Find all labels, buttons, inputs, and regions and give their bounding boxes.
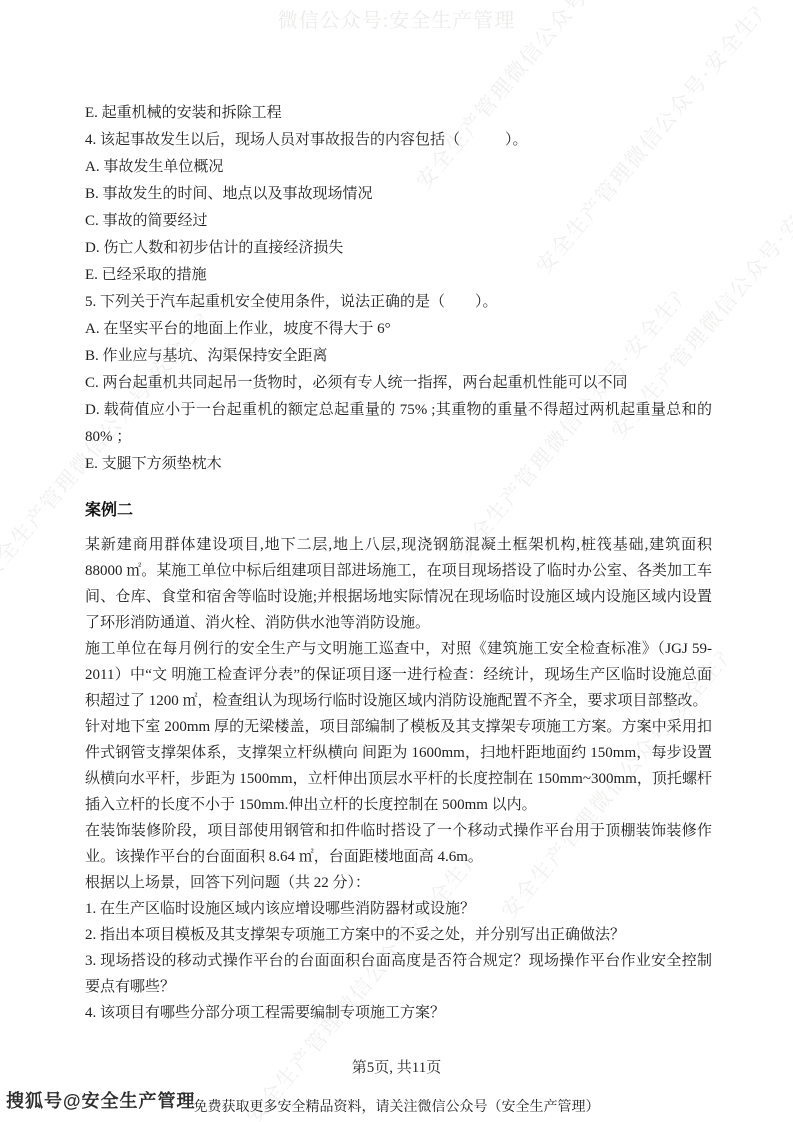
option-line: D. 载荷值应小于一台起重机的额定总起重量的 75% ;其重物的重量不得超过两机… [85, 397, 712, 451]
case-question: 4. 该项目有哪些分部分项工程需要编制专项施工方案？ [85, 1000, 712, 1026]
option-line: C. 事故的简要经过 [85, 208, 712, 235]
case-heading: 案例二 [85, 498, 712, 524]
case-paragraph: 某新建商用群体建设项目,地下二层,地上八层,现浇钢筋混凝土框架机构,桩筏基础,建… [85, 532, 712, 636]
option-line: B. 作业应与基坑、沟渠保持安全距离 [85, 343, 712, 370]
case-paragraph: 针对地下室 200mm 厚的无梁楼盖，项目部编制了模板及其支撑架专项施工方案。方… [85, 714, 712, 818]
option-line: B. 事故发生的时间、地点以及事故现场情况 [85, 181, 712, 208]
header-watermark: 微信公众号:安全生产管理 [0, 4, 793, 33]
question-line: 4. 该起事故发生以后，现场人员对事故报告的内容包括（ ）。 [85, 127, 712, 154]
document-content: E. 起重机械的安装和拆除工程 4. 该起事故发生以后，现场人员对事故报告的内容… [85, 100, 712, 1026]
case-question: 2. 指出本项目模板及其支撑架专项施工方案中的不妥之处，并分别写出正确做法？ [85, 922, 712, 948]
option-line: A. 事故发生单位概况 [85, 154, 712, 181]
document-page: 微信公众号:安全生产管理 安全生产管理微信公众号·安全生产管理微信公众号·安全生… [0, 0, 793, 1122]
option-line: A. 在坚实平台的地面上作业，坡度不得大于 6° [85, 316, 712, 343]
case-question: 1. 在生产区临时设施区域内该应增设哪些消防器材或设施？ [85, 896, 712, 922]
footer-note: 免费获取更多安全精品资料，请关注微信公众号（安全生产管理） [0, 1096, 793, 1116]
case-paragraph: 在装饰装修阶段，项目部使用钢管和扣件临时搭设了一个移动式操作平台用于顶棚装饰装修… [85, 818, 712, 870]
option-line: E. 已经采取的措施 [85, 262, 712, 289]
option-line: C. 两台起重机共同起吊一货物时，必须有专人统一指挥，两台起重机性能可以不同 [85, 370, 712, 397]
question-line: 5. 下列关于汽车起重机安全使用条件，说法正确的是（ ）。 [85, 289, 712, 316]
page-indicator: 第5页, 共11页 [0, 1056, 793, 1077]
case-question: 3. 现场搭设的移动式操作平台的台面面积台面高度是否符合规定？现场操作平台作业安… [85, 948, 712, 1000]
option-line: D. 伤亡人数和初步估计的直接经济损失 [85, 235, 712, 262]
case-prompt: 根据以上场景，回答下列问题（共 22 分）： [85, 870, 712, 896]
case-paragraph: 施工单位在每月例行的安全生产与文明施工巡查中，对照《建筑施工安全检查标准》（JG… [85, 636, 712, 714]
option-line: E. 支腿下方须垫枕木 [85, 451, 712, 478]
option-line: E. 起重机械的安装和拆除工程 [85, 100, 712, 127]
